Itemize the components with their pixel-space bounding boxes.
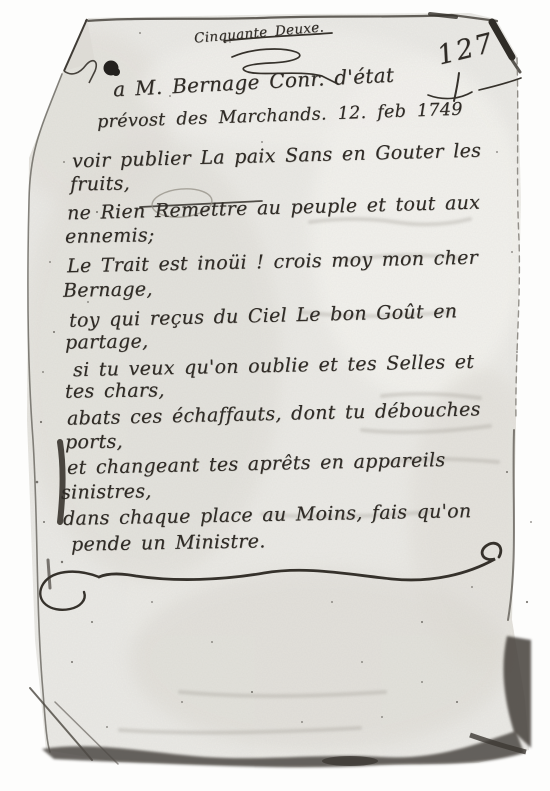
verse-line: partage, [65, 332, 149, 352]
left-edge-dash [48, 560, 50, 588]
manuscript-scan-page: Cinquante Deuxe. 127 a M. Bernage Conr. … [0, 0, 550, 791]
verse-line: tes chars, [65, 381, 165, 401]
verse-line: fruits, [70, 174, 130, 194]
verse-line: pende un Ministre. [71, 532, 266, 554]
bottom-edge-lump [322, 756, 378, 766]
verse-line: Bernage, [63, 280, 153, 301]
verse-line: ports, [65, 433, 123, 453]
verse-line: sinistres, [61, 482, 152, 502]
verse-line: ennemis; [65, 226, 155, 247]
